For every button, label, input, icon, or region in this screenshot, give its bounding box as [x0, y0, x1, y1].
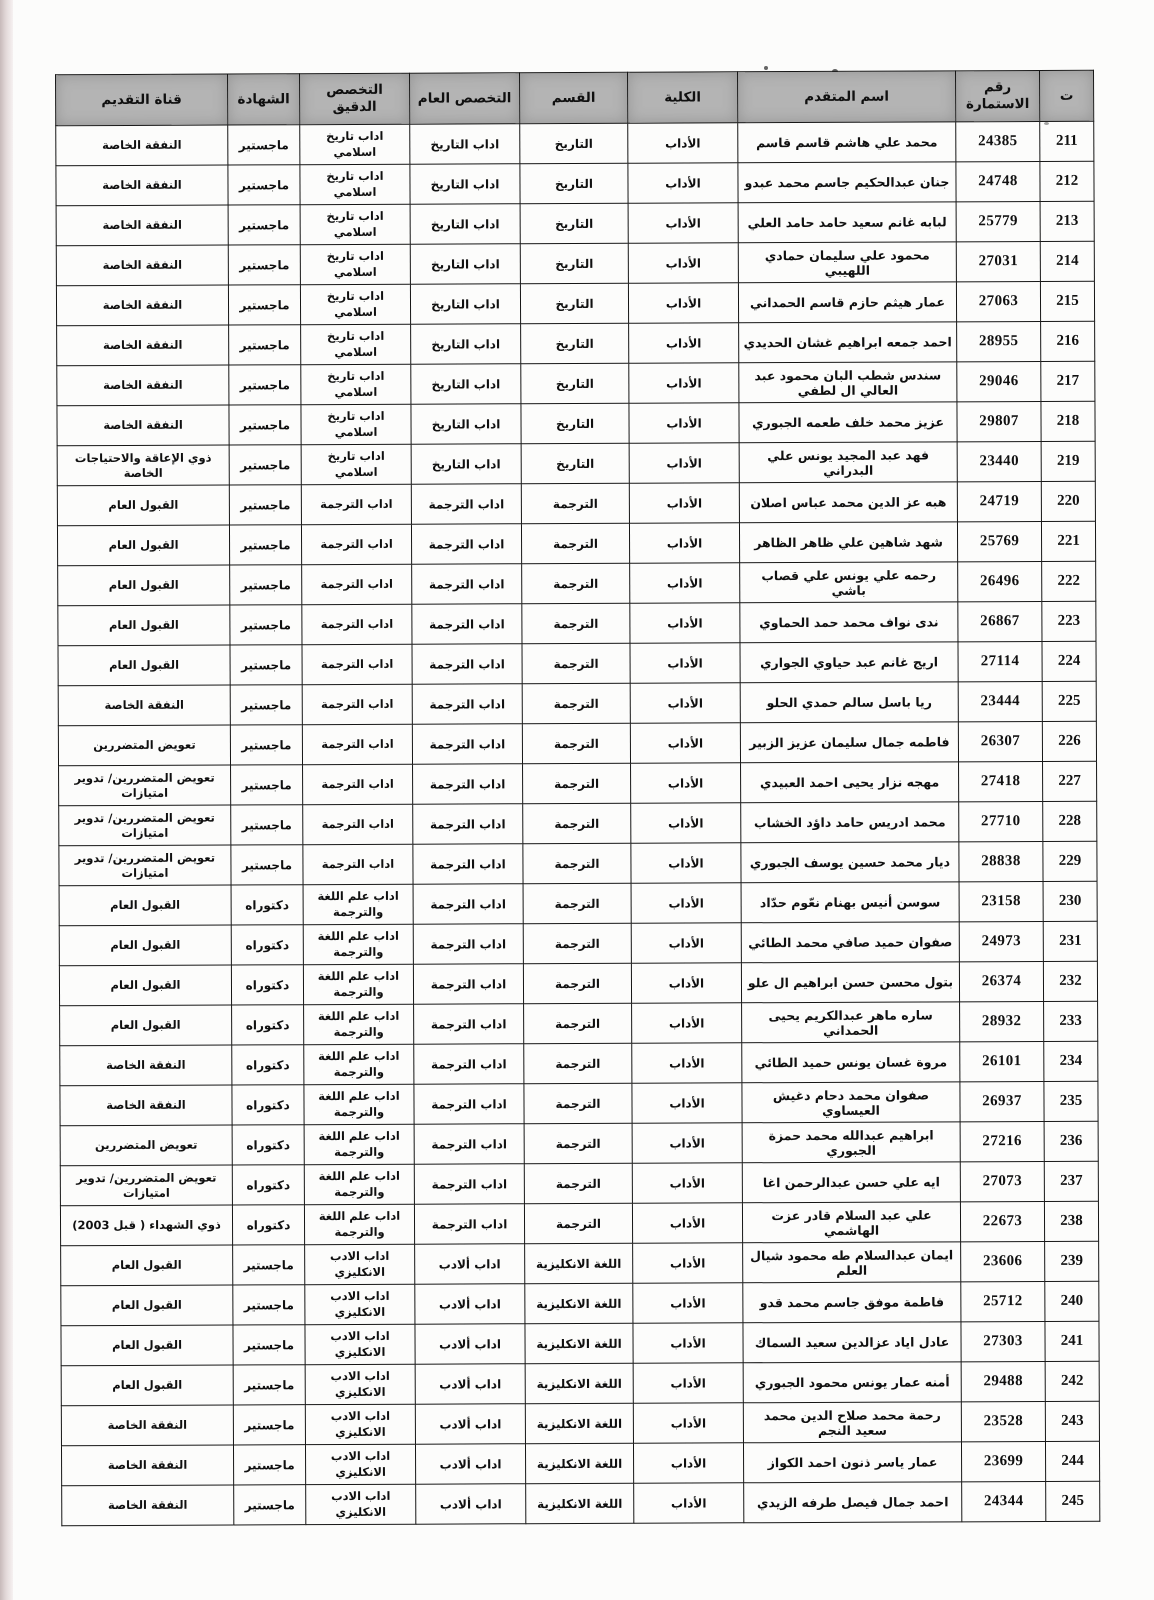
cell-college: الأداب [631, 963, 741, 1003]
cell-general_spec: اداب الترجمة [414, 1164, 524, 1204]
cell-general_spec: اداب ألادب [415, 1284, 525, 1324]
cell-form_no: 28932 [960, 1001, 1044, 1041]
cell-specific_spec: اداب علم اللغة والترجمة [304, 1044, 414, 1084]
cell-general_spec: اداب الترجمة [414, 1004, 524, 1044]
cell-dept: اللغة الانكليزية [525, 1243, 633, 1283]
cell-specific_spec: اداب الترجمة [301, 484, 411, 524]
cell-seq: 233 [1044, 1001, 1098, 1041]
cell-specific_spec: اداب تاريخ اسلامي [300, 204, 410, 244]
table-row: 21325779لبابه غانم سعيد حامد حامد العليا… [56, 201, 1094, 246]
cell-specific_spec: اداب الادب الانكليزي [306, 1484, 416, 1524]
cell-specific_spec: اداب علم اللغة والترجمة [303, 884, 413, 924]
cell-form_no: 29488 [961, 1361, 1045, 1401]
cell-seq: 216 [1041, 321, 1095, 361]
cell-general_spec: اداب ألادب [415, 1444, 525, 1484]
cell-dept: الترجمة [522, 723, 630, 763]
cell-channel: القبول العام [59, 885, 231, 926]
cell-seq: 245 [1046, 1481, 1100, 1521]
cell-channel: تعويض المتضررين/ تدوير امتيازات [59, 845, 231, 886]
cell-form_no: 23606 [961, 1241, 1045, 1281]
cell-specific_spec: اداب الادب الانكليزي [305, 1324, 415, 1364]
cell-seq: 217 [1041, 361, 1095, 401]
cell-specific_spec: اداب تاريخ اسلامي [301, 404, 411, 444]
cell-college: الأداب [633, 1323, 743, 1363]
cell-dept: الترجمة [524, 1083, 632, 1123]
cell-general_spec: اداب الترجمة [411, 524, 521, 564]
cell-form_no: 26867 [958, 601, 1042, 641]
cell-form_no: 27710 [959, 801, 1043, 841]
cell-degree: دكتوراه [232, 1085, 304, 1125]
cell-general_spec: اداب الترجمة [412, 604, 522, 644]
cell-degree: ماجستير [230, 565, 302, 605]
cell-college: الأداب [631, 803, 741, 843]
cell-name: عمار هيثم حازم قاسم الحمداني [738, 282, 956, 323]
cell-form_no: 22673 [960, 1201, 1044, 1241]
cell-general_spec: اداب ألادب [416, 1484, 526, 1524]
cell-form_no: 26937 [960, 1081, 1044, 1121]
cell-form_no: 29046 [957, 361, 1041, 401]
applicants-table: ت رقم الاستمارة اسم المتقدم الكلية القسم… [55, 70, 1100, 1527]
cell-specific_spec: اداب الترجمة [303, 804, 413, 844]
cell-degree: ماجستير [229, 445, 301, 485]
cell-college: الأداب [633, 1443, 743, 1483]
cell-dept: الترجمة [524, 1123, 632, 1163]
cell-channel: النفقة الخاصة [61, 1445, 233, 1486]
cell-channel: النفقة الخاصة [62, 1485, 234, 1526]
cell-general_spec: اداب الترجمة [413, 884, 523, 924]
cell-form_no: 26496 [958, 561, 1042, 601]
cell-channel: النفقة الخاصة [56, 285, 228, 326]
cell-channel: النفقة الخاصة [58, 685, 230, 726]
cell-channel: تعويض المتضررين [58, 725, 230, 766]
header-general-specialization: التخصص العام [410, 73, 520, 124]
cell-name: محمد ادريس حامد داؤد الخشاب [741, 802, 959, 843]
cell-general_spec: اداب الترجمة [413, 844, 523, 884]
cell-form_no: 24748 [956, 161, 1040, 201]
cell-name: ايه علي حسن عبدالرحمن اغا [742, 1162, 960, 1203]
cell-channel: القبول العام [58, 605, 230, 646]
cell-general_spec: اداب الترجمة [412, 684, 522, 724]
cell-seq: 232 [1043, 961, 1097, 1001]
cell-name: ابراهيم عبدالله محمد حمزة الجبوري [742, 1122, 960, 1163]
cell-general_spec: اداب الترجمة [412, 724, 522, 764]
cell-name: ساره ماهر عبدالكريم يحيى الحمداني [742, 1002, 960, 1043]
cell-seq: 212 [1040, 161, 1094, 201]
cell-channel: ذوي الإعاقة والاحتياجات الخاصة [57, 445, 229, 486]
cell-dept: اللغة الانكليزية [525, 1283, 633, 1323]
cell-degree: ماجستير [233, 1405, 305, 1445]
cell-general_spec: اداب التاريخ [410, 284, 520, 324]
cell-general_spec: اداب التاريخ [410, 244, 520, 284]
table-row: 22427114اريج غانم عبد حياوي الجواريالأدا… [58, 641, 1096, 686]
cell-channel: النفقة الخاصة [60, 1085, 232, 1126]
cell-seq: 215 [1040, 281, 1094, 321]
cell-college: الأداب [628, 163, 738, 203]
cell-college: الأداب [628, 243, 738, 283]
cell-degree: ماجستير [231, 845, 303, 885]
table-row: 23526937صفوان محمد دحام دغيش العيساويالأ… [60, 1081, 1098, 1126]
cell-dept: الترجمة [522, 563, 630, 603]
table-row: 22626307فاطمه جمال سليمان عزيز الزبيرالأ… [58, 721, 1096, 766]
cell-general_spec: اداب الترجمة [414, 1044, 524, 1084]
cell-form_no: 27216 [960, 1121, 1044, 1161]
table-row: 23822673علي عبد السلام قادر عزت الهاشميا… [60, 1201, 1098, 1246]
table-row: 23627216ابراهيم عبدالله محمد حمزة الجبور… [60, 1121, 1098, 1166]
table-row: 21224748جنان عبدالحكيم جاسم محمد عبدوالأ… [56, 161, 1094, 206]
cell-degree: ماجستير [228, 125, 300, 165]
cell-general_spec: اداب الترجمة [411, 484, 521, 524]
cell-form_no: 23444 [958, 681, 1042, 721]
cell-specific_spec: اداب الادب الانكليزي [305, 1444, 415, 1484]
cell-dept: التاريخ [520, 283, 628, 323]
table-row: 24524344احمد جمال فيصل طرفه الزيديالأداب… [62, 1481, 1100, 1526]
cell-seq: 238 [1044, 1201, 1098, 1241]
cell-general_spec: اداب الترجمة [414, 1124, 524, 1164]
cell-specific_spec: اداب الادب الانكليزي [305, 1284, 415, 1324]
cell-channel: النفقة الخاصة [57, 405, 229, 446]
cell-dept: اللغة الانكليزية [525, 1403, 633, 1443]
table-row: 21527063عمار هيثم حازم قاسم الحمدانيالأد… [56, 281, 1094, 326]
cell-specific_spec: اداب تاريخ اسلامي [300, 284, 410, 324]
cell-college: الأداب [634, 1483, 744, 1523]
header-degree: الشهادة [228, 74, 300, 125]
table-row: 21729046سندس شطب البان محمود عبد العالي … [57, 361, 1095, 406]
cell-seq: 235 [1044, 1081, 1098, 1121]
table-row: 24025712فاطمة موفق جاسم محمد قدوالأدابال… [61, 1281, 1099, 1326]
cell-name: احمد جمعه ابراهيم غشان الحديدي [739, 322, 957, 363]
cell-degree: دكتوراه [232, 1125, 304, 1165]
cell-general_spec: اداب الترجمة [414, 1204, 524, 1244]
cell-seq: 239 [1045, 1241, 1099, 1281]
cell-degree: ماجستير [229, 485, 301, 525]
cell-dept: الترجمة [523, 763, 631, 803]
cell-seq: 227 [1043, 761, 1097, 801]
cell-seq: 243 [1045, 1401, 1099, 1441]
cell-channel: القبول العام [57, 485, 229, 526]
cell-form_no: 29807 [957, 401, 1041, 441]
cell-general_spec: اداب الترجمة [413, 964, 523, 1004]
cell-specific_spec: اداب علم اللغة والترجمة [304, 1004, 414, 1044]
cell-specific_spec: اداب علم اللغة والترجمة [304, 1124, 414, 1164]
cell-channel: القبول العام [61, 1285, 233, 1326]
cell-degree: ماجستير [228, 245, 300, 285]
cell-dept: التاريخ [521, 443, 629, 483]
cell-general_spec: اداب الترجمة [413, 764, 523, 804]
cell-dept: الترجمة [524, 1003, 632, 1043]
cell-channel: القبول العام [58, 565, 230, 606]
cell-dept: الترجمة [522, 683, 630, 723]
cell-degree: دكتوراه [232, 1045, 304, 1085]
cell-college: الأداب [633, 1243, 743, 1283]
cell-college: الأداب [628, 123, 738, 163]
cell-name: صفوان حميد صافي محمد الطائي [741, 922, 959, 963]
cell-seq: 237 [1044, 1161, 1098, 1201]
cell-seq: 244 [1045, 1441, 1099, 1481]
cell-degree: دكتوراه [232, 1205, 304, 1245]
cell-degree: ماجستير [231, 805, 303, 845]
cell-specific_spec: اداب تاريخ اسلامي [301, 364, 411, 404]
cell-specific_spec: اداب الترجمة [302, 644, 412, 684]
cell-dept: التاريخ [520, 123, 628, 163]
cell-seq: 214 [1040, 241, 1094, 281]
cell-general_spec: اداب الترجمة [413, 804, 523, 844]
table-row: 23426101مروة غسان يونس حميد الطائيالأداب… [60, 1041, 1098, 1086]
cell-specific_spec: اداب الترجمة [302, 564, 412, 604]
cell-seq: 228 [1043, 801, 1097, 841]
cell-name: محمد علي هاشم قاسم قاسم [738, 122, 956, 163]
cell-degree: دكتوراه [231, 885, 303, 925]
cell-name: ريا باسل سالم حمدي الحلو [740, 682, 958, 723]
cell-seq: 230 [1043, 881, 1097, 921]
cell-channel: ذوي الشهداء ( قبل 2003) [60, 1205, 232, 1246]
cell-form_no: 26307 [958, 721, 1042, 761]
cell-form_no: 24344 [962, 1481, 1046, 1521]
cell-degree: ماجستير [233, 1285, 305, 1325]
cell-channel: النفقة الخاصة [60, 1045, 232, 1086]
cell-name: فاطمه جمال سليمان عزيز الزبير [740, 722, 958, 763]
cell-degree: ماجستير [230, 645, 302, 685]
cell-form_no: 24973 [959, 921, 1043, 961]
cell-form_no: 27303 [961, 1321, 1045, 1361]
cell-seq: 240 [1045, 1281, 1099, 1321]
cell-form_no: 27063 [956, 281, 1040, 321]
cell-specific_spec: اداب الترجمة [301, 524, 411, 564]
cell-college: الأداب [632, 1123, 742, 1163]
cell-form_no: 27031 [956, 241, 1040, 281]
cell-specific_spec: اداب الادب الانكليزي [305, 1404, 415, 1444]
table-row: 24423699عمار ياسر ذنون احمد الكوازالأداب… [61, 1441, 1099, 1486]
cell-general_spec: اداب التاريخ [410, 124, 520, 164]
cell-name: محمود علي سليمان حمادي اللهيبي [738, 242, 956, 283]
cell-college: الأداب [632, 1043, 742, 1083]
cell-form_no: 26374 [959, 961, 1043, 1001]
cell-name: أمنه عمار يونس محمود الجبوري [743, 1362, 961, 1403]
cell-dept: التاريخ [521, 323, 629, 363]
table-row: 23226374بتول محسن حسن ابراهيم ال علوالأد… [59, 961, 1097, 1006]
cell-general_spec: اداب التاريخ [411, 364, 521, 404]
cell-college: الأداب [633, 1363, 743, 1403]
cell-degree: ماجستير [233, 1365, 305, 1405]
cell-college: الأداب [630, 683, 740, 723]
cell-form_no: 26101 [960, 1041, 1044, 1081]
cell-name: عمار ياسر ذنون احمد الكواز [743, 1442, 961, 1483]
cell-form_no: 28838 [959, 841, 1043, 881]
cell-form_no: 23440 [957, 441, 1041, 481]
cell-college: الأداب [630, 603, 740, 643]
cell-degree: ماجستير [229, 405, 301, 445]
cell-dept: الترجمة [523, 803, 631, 843]
cell-form_no: 24385 [956, 121, 1040, 161]
cell-channel: النفقة الخاصة [56, 125, 228, 166]
scan-speck [764, 66, 768, 70]
cell-channel: القبول العام [57, 525, 229, 566]
cell-seq: 224 [1042, 641, 1096, 681]
cell-name: هبه عز الدين محمد عباس اصلان [739, 482, 957, 523]
cell-channel: تعويض المتضررين/ تدوير امتيازات [60, 1165, 232, 1206]
table-row: 23023158سوسن أنيس بهنام نعّوم حدّادالأدا… [59, 881, 1097, 926]
cell-college: الأداب [632, 1163, 742, 1203]
cell-degree: ماجستير [228, 205, 300, 245]
cell-form_no: 25712 [961, 1281, 1045, 1321]
cell-name: عزيز محمد خلف طعمه الجبوري [739, 402, 957, 443]
cell-seq: 226 [1042, 721, 1096, 761]
applicants-table-wrapper: ت رقم الاستمارة اسم المتقدم الكلية القسم… [55, 70, 1099, 1527]
cell-channel: تعويض المتضررين/ تدوير امتيازات [59, 765, 231, 806]
header-seq: ت [1039, 70, 1093, 121]
cell-name: اريج غانم عبد حياوي الجواري [740, 642, 958, 683]
cell-seq: 229 [1043, 841, 1097, 881]
cell-seq: 219 [1041, 441, 1095, 481]
table-body: 21124385محمد علي هاشم قاسم قاسمالأدابالت… [56, 121, 1100, 1526]
cell-channel: القبول العام [59, 925, 231, 966]
table-row: 21124385محمد علي هاشم قاسم قاسمالأدابالت… [56, 121, 1094, 166]
cell-specific_spec: اداب الترجمة [302, 604, 412, 644]
cell-form_no: 27073 [960, 1161, 1044, 1201]
cell-degree: دكتوراه [231, 965, 303, 1005]
cell-specific_spec: اداب الادب الانكليزي [305, 1244, 415, 1284]
cell-channel: القبول العام [59, 965, 231, 1006]
cell-specific_spec: اداب تاريخ اسلامي [301, 324, 411, 364]
header-department: القسم [520, 72, 628, 123]
table-row: 24323528رحمة محمد صلاح الدين محمد سعيد ا… [61, 1401, 1099, 1446]
cell-dept: التاريخ [520, 203, 628, 243]
cell-dept: التاريخ [521, 403, 629, 443]
cell-dept: الترجمة [524, 1043, 632, 1083]
cell-specific_spec: اداب تاريخ اسلامي [300, 124, 410, 164]
cell-general_spec: اداب ألادب [415, 1404, 525, 1444]
cell-college: الأداب [629, 523, 739, 563]
cell-dept: اللغة الانكليزية [525, 1323, 633, 1363]
cell-specific_spec: اداب تاريخ اسلامي [300, 244, 410, 284]
cell-dept: الترجمة [524, 1203, 632, 1243]
table-row: 21923440فهد عبد المجيد يونس علي البدراني… [57, 441, 1095, 486]
cell-degree: ماجستير [229, 365, 301, 405]
cell-college: الأداب [629, 323, 739, 363]
cell-name: سوسن أنيس بهنام نعّوم حدّاد [741, 882, 959, 923]
cell-degree: ماجستير [228, 285, 300, 325]
cell-general_spec: اداب الترجمة [413, 924, 523, 964]
cell-specific_spec: اداب الترجمة [302, 684, 412, 724]
scanned-document-page: { "colors":{ "paper":"#fcfcfb", "header_… [0, 0, 1154, 1600]
table-row: 24127303عادل اياد عزالدين سعيد السماكالأ… [61, 1321, 1099, 1366]
cell-college: الأداب [632, 1203, 742, 1243]
table-row: 23727073ايه علي حسن عبدالرحمن اغاالأدابا… [60, 1161, 1098, 1206]
cell-degree: ماجستير [230, 725, 302, 765]
table-header-row: ت رقم الاستمارة اسم المتقدم الكلية القسم… [56, 70, 1094, 126]
cell-form_no: 23528 [961, 1401, 1045, 1441]
cell-specific_spec: اداب الترجمة [303, 844, 413, 884]
cell-degree: دكتوراه [232, 1165, 304, 1205]
cell-general_spec: اداب التاريخ [410, 204, 520, 244]
cell-college: الأداب [632, 1003, 742, 1043]
cell-channel: القبول العام [61, 1365, 233, 1406]
cell-name: مهجه نزار يحيى احمد العبيدي [741, 762, 959, 803]
cell-name: فهد عبد المجيد يونس علي البدراني [739, 442, 957, 483]
cell-dept: اللغة الانكليزية [525, 1443, 633, 1483]
cell-dept: الترجمة [523, 923, 631, 963]
cell-seq: 213 [1040, 201, 1094, 241]
table-row: 22523444ريا باسل سالم حمدي الحلوالأدابال… [58, 681, 1096, 726]
header-applicant-name: اسم المتقدم [738, 71, 956, 123]
table-row: 23124973صفوان حميد صافي محمد الطائيالأدا… [59, 921, 1097, 966]
cell-college: الأداب [630, 563, 740, 603]
cell-channel: تعويض المتضررين [60, 1125, 232, 1166]
cell-dept: الترجمة [522, 643, 630, 683]
table-row: 22326867ندى نواف محمد حمد الحماويالأدابا… [58, 601, 1096, 646]
cell-form_no: 25769 [957, 521, 1041, 561]
cell-seq: 241 [1045, 1321, 1099, 1361]
cell-seq: 223 [1042, 601, 1096, 641]
cell-channel: النفقة الخاصة [61, 1405, 233, 1446]
table-row: 23923606ايمان عبدالسلام طه محمود شيال ال… [61, 1241, 1099, 1286]
cell-dept: التاريخ [520, 243, 628, 283]
scan-edge-shadow [0, 0, 13, 1600]
header-college: الكلية [628, 72, 738, 123]
cell-degree: ماجستير [234, 1485, 306, 1525]
cell-specific_spec: اداب الترجمة [302, 724, 412, 764]
cell-degree: دكتوراه [231, 925, 303, 965]
cell-dept: التاريخ [520, 163, 628, 203]
cell-degree: ماجستير [233, 1245, 305, 1285]
cell-name: لبابه غانم سعيد حامد حامد العلي [738, 202, 956, 243]
cell-channel: النفقة الخاصة [56, 165, 228, 206]
cell-college: الأداب [631, 883, 741, 923]
cell-name: شهد شاهين علي ظاهر الظاهر [739, 522, 957, 563]
cell-name: علي عبد السلام قادر عزت الهاشمي [742, 1202, 960, 1243]
cell-degree: ماجستير [229, 325, 301, 365]
cell-college: الأداب [629, 443, 739, 483]
cell-specific_spec: اداب تاريخ اسلامي [301, 444, 411, 484]
cell-general_spec: اداب ألادب [415, 1364, 525, 1404]
table-row: 22727418مهجه نزار يحيى احمد العبيديالأدا… [59, 761, 1097, 806]
cell-name: رحمة محمد صلاح الدين محمد سعيد النجم [743, 1402, 961, 1443]
table-row: 21829807عزيز محمد خلف طعمه الجبوريالأداب… [57, 401, 1095, 446]
cell-channel: القبول العام [58, 645, 230, 686]
cell-college: الأداب [633, 1403, 743, 1443]
cell-degree: ماجستير [228, 165, 300, 205]
table-row: 22827710محمد ادريس حامد داؤد الخشابالأدا… [59, 801, 1097, 846]
cell-general_spec: اداب ألادب [415, 1324, 525, 1364]
cell-college: الأداب [633, 1283, 743, 1323]
cell-name: مروة غسان يونس حميد الطائي [742, 1042, 960, 1083]
cell-college: الأداب [631, 843, 741, 883]
cell-channel: النفقة الخاصة [57, 365, 229, 406]
cell-general_spec: اداب التاريخ [410, 164, 520, 204]
cell-form_no: 28955 [957, 321, 1041, 361]
cell-specific_spec: اداب الترجمة [303, 764, 413, 804]
cell-general_spec: اداب التاريخ [411, 444, 521, 484]
header-application-channel: قناة التقديم [56, 74, 228, 126]
cell-seq: 242 [1045, 1361, 1099, 1401]
cell-college: الأداب [628, 283, 738, 323]
cell-specific_spec: اداب علم اللغة والترجمة [303, 964, 413, 1004]
cell-channel: النفقة الخاصة [56, 205, 228, 246]
cell-form_no: 24719 [957, 481, 1041, 521]
cell-college: الأداب [632, 1083, 742, 1123]
header-form-number: رقم الاستمارة [955, 70, 1039, 121]
cell-college: الأداب [630, 643, 740, 683]
table-row: 21427031محمود علي سليمان حمادي اللهيبيال… [56, 241, 1094, 286]
table-row: 23328932ساره ماهر عبدالكريم يحيى الحمدان… [60, 1001, 1098, 1046]
cell-college: الأداب [628, 203, 738, 243]
table-row: 21628955احمد جمعه ابراهيم غشان الحديديال… [57, 321, 1095, 366]
cell-seq: 236 [1044, 1121, 1098, 1161]
cell-form_no: 27418 [959, 761, 1043, 801]
table-row: 22928838ديار محمد حسين يوسف الجبوريالأدا… [59, 841, 1097, 886]
cell-form_no: 23699 [961, 1441, 1045, 1481]
cell-degree: ماجستير [229, 525, 301, 565]
cell-dept: الترجمة [523, 963, 631, 1003]
